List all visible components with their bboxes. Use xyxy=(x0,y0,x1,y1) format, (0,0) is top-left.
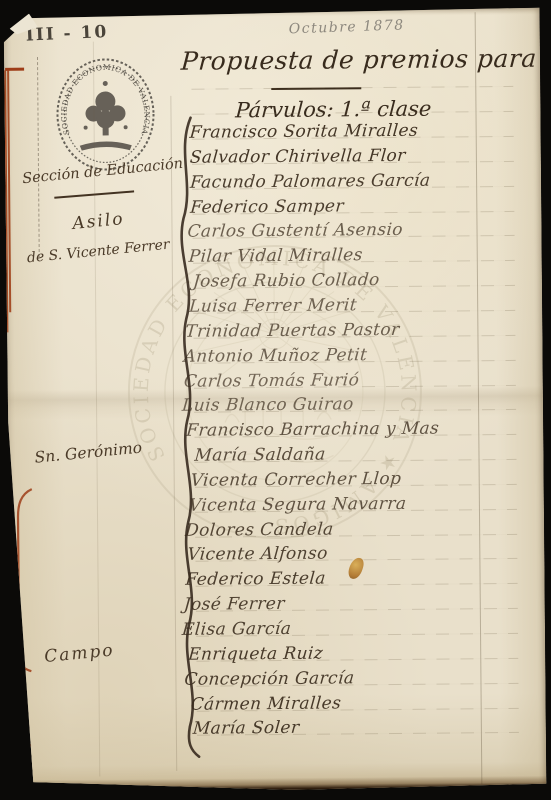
binding-thread-middle xyxy=(18,489,34,671)
names-list: Francisco Sorita MirallesSalvador Chiriv… xyxy=(3,8,540,13)
pencil-date-note: Octubre 1878 xyxy=(289,17,405,37)
ruled-lines xyxy=(3,8,540,13)
binding-thread-top xyxy=(5,70,10,332)
ruled-line xyxy=(191,86,513,90)
manuscript-page: III - 10 Octubre 1878 SOCIEDAD ECONOMICA… xyxy=(3,8,547,793)
doc-title: Propuesta de premios para 1878. xyxy=(180,43,551,76)
binding-thread-bottom xyxy=(18,722,31,745)
margin-label-campo: Campo xyxy=(43,640,115,667)
oval-ink-stamp: SOCIEDAD ECONOMICA DE VALENCIA xyxy=(49,53,162,176)
section-heading: Párvulos: 1.ª clase xyxy=(235,97,432,123)
oval-stamp-emblem xyxy=(79,81,132,151)
fold-crease-right xyxy=(475,12,483,784)
photo-background: { "archival": { "corner_code": "III - 10… xyxy=(0,0,551,800)
binding-threads xyxy=(3,12,50,792)
